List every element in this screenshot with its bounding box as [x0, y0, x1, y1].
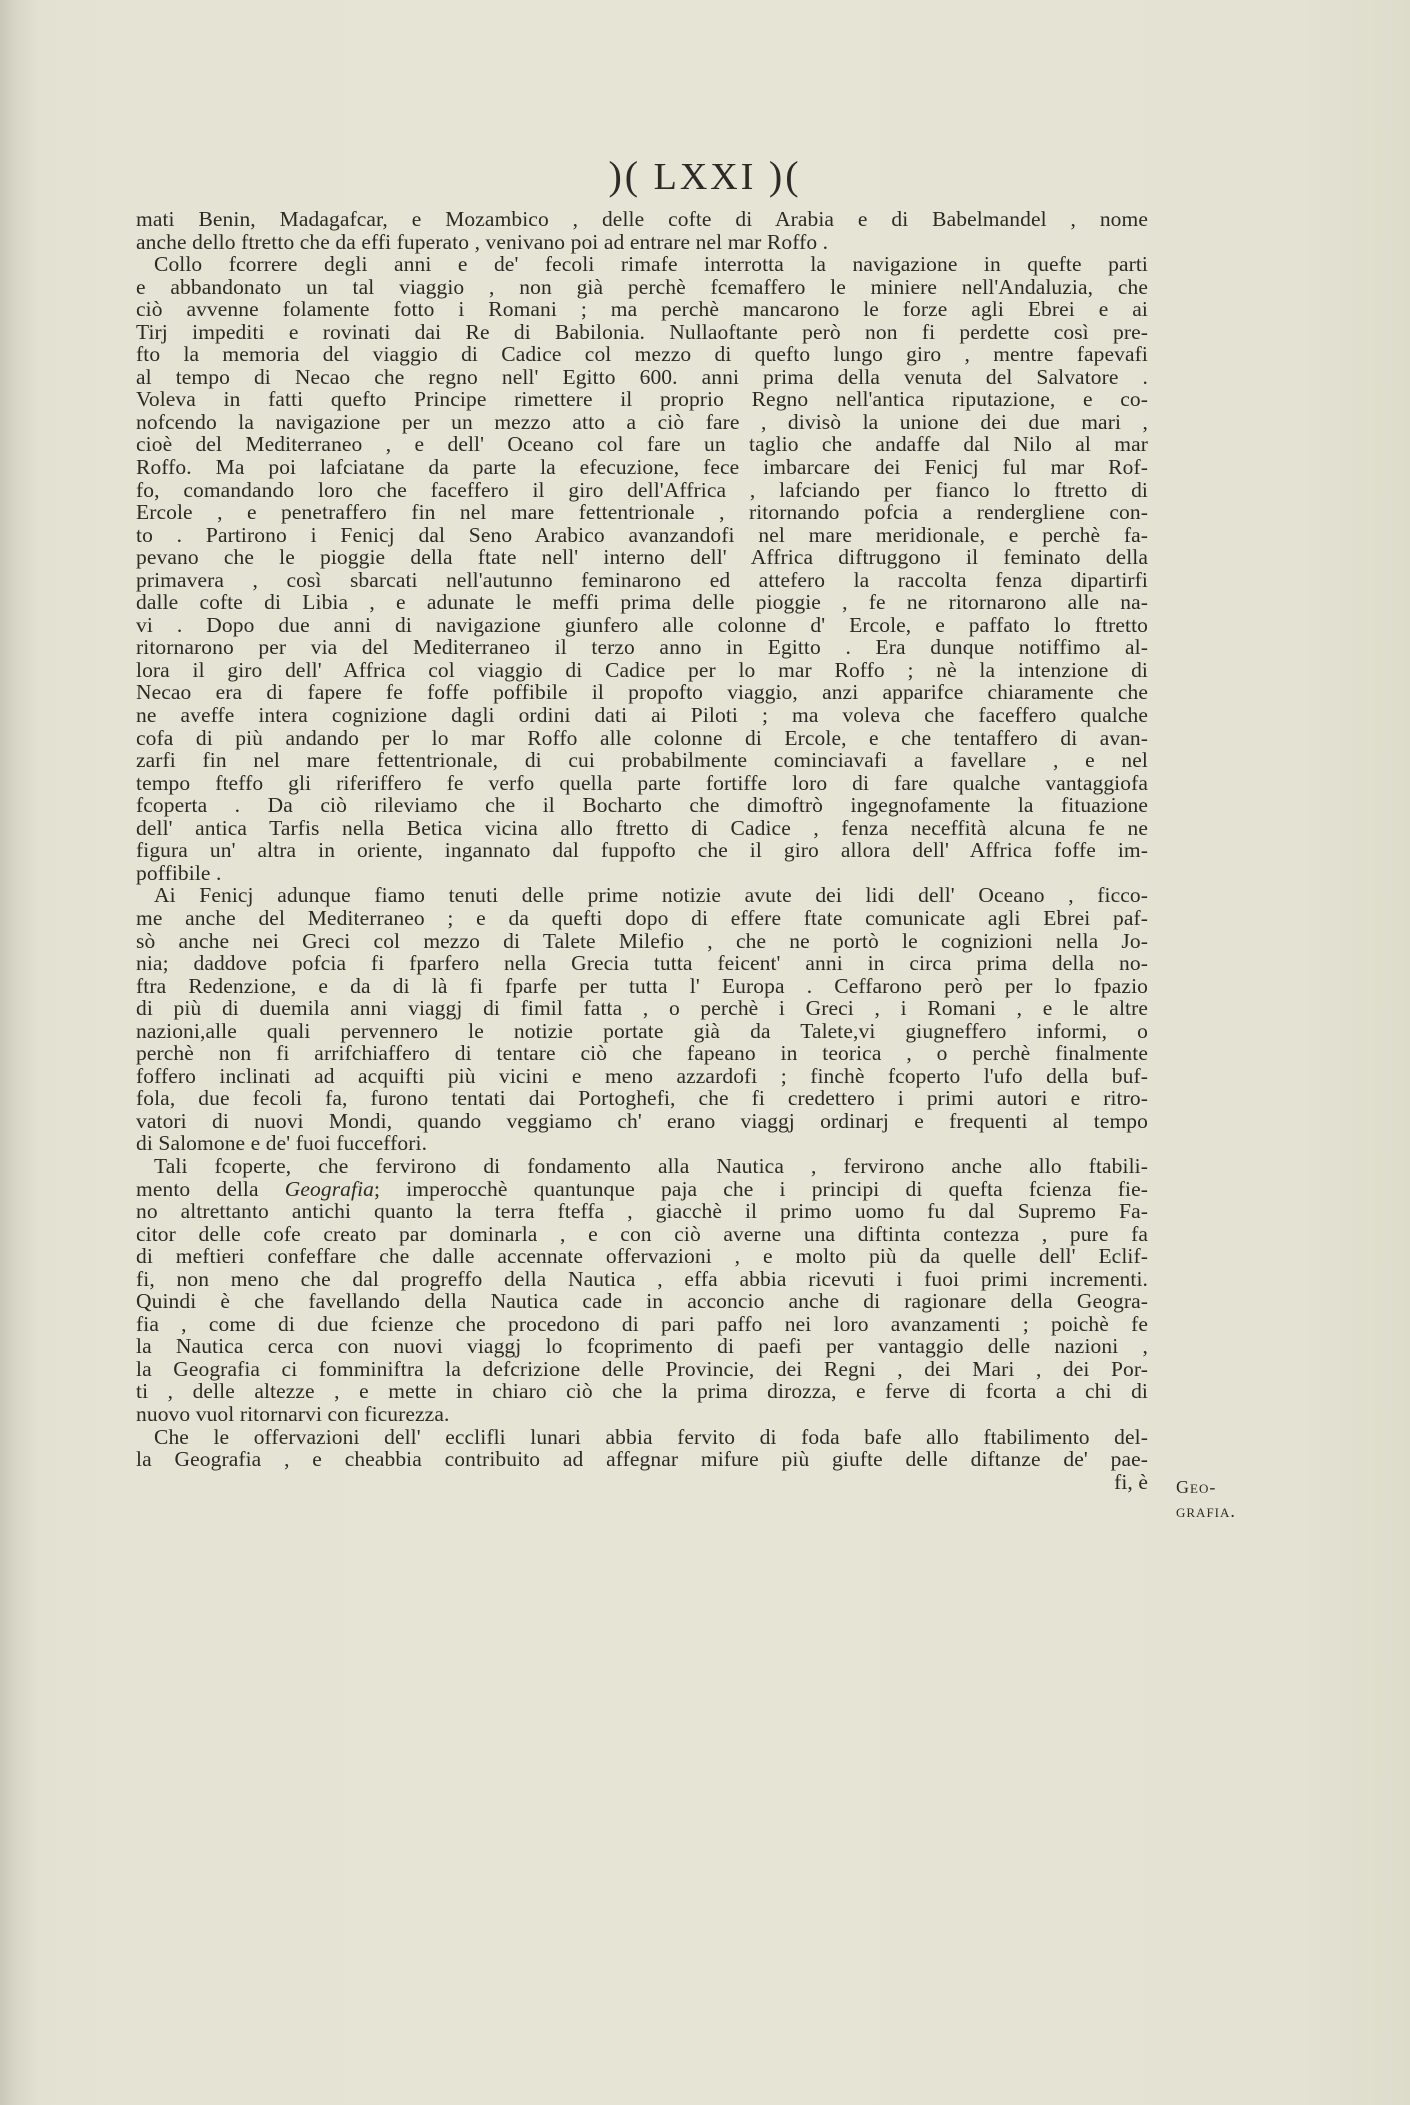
- paragraph: Collo fcorrere degli anni e de' fecoli r…: [136, 253, 1148, 884]
- text-line: Collo fcorrere degli anni e de' fecoli r…: [136, 253, 1148, 276]
- text-line: di più di duemila anni viaggj di fimil f…: [136, 997, 1148, 1020]
- text-line: ne aveffe intera cognizione dagli ordini…: [136, 704, 1148, 727]
- page-number: LXXI: [654, 156, 757, 198]
- text-line: vatori di nuovi Mondi, quando veggiamo c…: [136, 1110, 1148, 1133]
- text-line: Tirj impediti e rovinati dai Re di Babil…: [136, 321, 1148, 344]
- text-line: pevano che le pioggie della ftate nell' …: [136, 546, 1148, 569]
- paragraph: mati Benin, Madagafcar, e Mozambico , de…: [136, 208, 1148, 253]
- text-line: Voleva in fatti quefto Principe rimetter…: [136, 388, 1148, 411]
- paragraph: Tali fcoperte, che fervirono di fondamen…: [136, 1155, 1148, 1426]
- italic-term: Geografia: [285, 1177, 374, 1201]
- text-line: nia; daddove pofcia fi fparfero nella Gr…: [136, 952, 1148, 975]
- text-line: citor delle cofe creato par dominarla , …: [136, 1223, 1148, 1246]
- text-line: dell' antica Tarfis nella Betica vicina …: [136, 817, 1148, 840]
- text-line: mento della Geografia; imperocchè quantu…: [136, 1178, 1148, 1201]
- text-line: figura un' altra in oriente, ingannato d…: [136, 839, 1148, 862]
- text-line: e abbandonato un tal viaggio , non già p…: [136, 276, 1148, 299]
- text-line: perchè non fi arrifchiaffero di tentare …: [136, 1042, 1148, 1065]
- text-line: fto la memoria del viaggio di Cadice col…: [136, 343, 1148, 366]
- text-line: cofa di più andando per lo mar Roffo all…: [136, 727, 1148, 750]
- text-line: la Geografia ci fomminiftra la defcrizio…: [136, 1358, 1148, 1381]
- text-line: Necao era di fapere fe foffe poffibile i…: [136, 681, 1148, 704]
- text-line: tempo fteffo gli riferiffero fe verfo qu…: [136, 772, 1148, 795]
- marginal-note-line-1: Geo-: [1176, 1475, 1236, 1499]
- marginal-note: Geo- grafia.: [1176, 1475, 1236, 1523]
- text-line: sò anche nei Greci col mezzo di Talete M…: [136, 930, 1148, 953]
- text-line: ciò avvenne folamente fotto i Romani ; m…: [136, 298, 1148, 321]
- text-line: Quindi è che favellando della Nautica ca…: [136, 1290, 1148, 1313]
- text-line: ritornarono per via del Mediterraneo il …: [136, 636, 1148, 659]
- text-line: cioè del Mediterraneo , e dell' Oceano c…: [136, 433, 1148, 456]
- header-ornament-left: )(: [608, 153, 641, 198]
- text-line: primavera , così sbarcati nell'autunno f…: [136, 569, 1148, 592]
- text-line: lora il giro dell' Affrica col viaggio d…: [136, 659, 1148, 682]
- text-line: fcoperta . Da ciò rileviamo che il Bocha…: [136, 794, 1148, 817]
- text-line: di meftieri confeffare che dalle accenna…: [136, 1245, 1148, 1268]
- text-line: dalle cofte di Libia , e adunate le meff…: [136, 591, 1148, 614]
- text-line: fi, non meno che dal progreffo della Nau…: [136, 1268, 1148, 1291]
- page-header: )( LXXI )(: [0, 152, 1410, 199]
- text-line: Roffo. Ma poi lafciatane da parte la efe…: [136, 456, 1148, 479]
- text-line: nazioni,alle quali pervennero le notizie…: [136, 1020, 1148, 1043]
- text-line: fo, comandando loro che faceffero il gir…: [136, 479, 1148, 502]
- body-text: mati Benin, Madagafcar, e Mozambico , de…: [136, 208, 1148, 1493]
- text-line: to . Partirono i Fenicj dal Seno Arabico…: [136, 524, 1148, 547]
- text-line: di Salomone e de' fuoi fucceffori.: [136, 1132, 1148, 1155]
- text-line: nuovo vuol ritornarvi con ficurezza.: [136, 1403, 1148, 1426]
- marginal-note-line-2: grafia.: [1176, 1499, 1236, 1523]
- text-line: no altrettanto antichi quanto la terra f…: [136, 1200, 1148, 1223]
- text-line: nofcendo la navigazione per un mezzo att…: [136, 411, 1148, 434]
- text-line: la Nautica cerca con nuovi viaggj lo fco…: [136, 1335, 1148, 1358]
- text-line: Tali fcoperte, che fervirono di fondamen…: [136, 1155, 1148, 1178]
- book-page: )( LXXI )( mati Benin, Madagafcar, e Moz…: [0, 0, 1410, 2105]
- header-ornament-right: )(: [769, 153, 802, 198]
- text-line: vi . Dopo due anni di navigazione giunfe…: [136, 614, 1148, 637]
- text-line: fia , come di due fcienze che procedono …: [136, 1313, 1148, 1336]
- text-line: mati Benin, Madagafcar, e Mozambico , de…: [136, 208, 1148, 231]
- text-line: al tempo di Necao che regno nell' Egitto…: [136, 366, 1148, 389]
- text-line: foffero inclinati ad acquifti più vicini…: [136, 1065, 1148, 1088]
- text-line: zarfi fin nel mare fettentrionale, di cu…: [136, 749, 1148, 772]
- text-line: poffibile .: [136, 862, 1148, 885]
- catchword: fi, è: [136, 1471, 1148, 1494]
- text-line: ti , delle altezze , e mette in chiaro c…: [136, 1380, 1148, 1403]
- text-line: Che le offervazioni dell' ecclifli lunar…: [136, 1426, 1148, 1449]
- text-line: me anche del Mediterraneo ; e da quefti …: [136, 907, 1148, 930]
- paragraph: Ai Fenicj adunque fiamo tenuti delle pri…: [136, 884, 1148, 1155]
- text-line: anche dello ftretto che da effi fuperato…: [136, 231, 1148, 254]
- text-line: ftra Redenzione, e da di là fi fparfe pe…: [136, 975, 1148, 998]
- text-line: Ercole , e penetraffero fin nel mare fet…: [136, 501, 1148, 524]
- text-line: la Geografia , e cheabbia contribuito ad…: [136, 1448, 1148, 1471]
- text-line: Ai Fenicj adunque fiamo tenuti delle pri…: [136, 884, 1148, 907]
- paragraph: Che le offervazioni dell' ecclifli lunar…: [136, 1426, 1148, 1471]
- text-line: fola, due fecoli fa, furono tentati dai …: [136, 1087, 1148, 1110]
